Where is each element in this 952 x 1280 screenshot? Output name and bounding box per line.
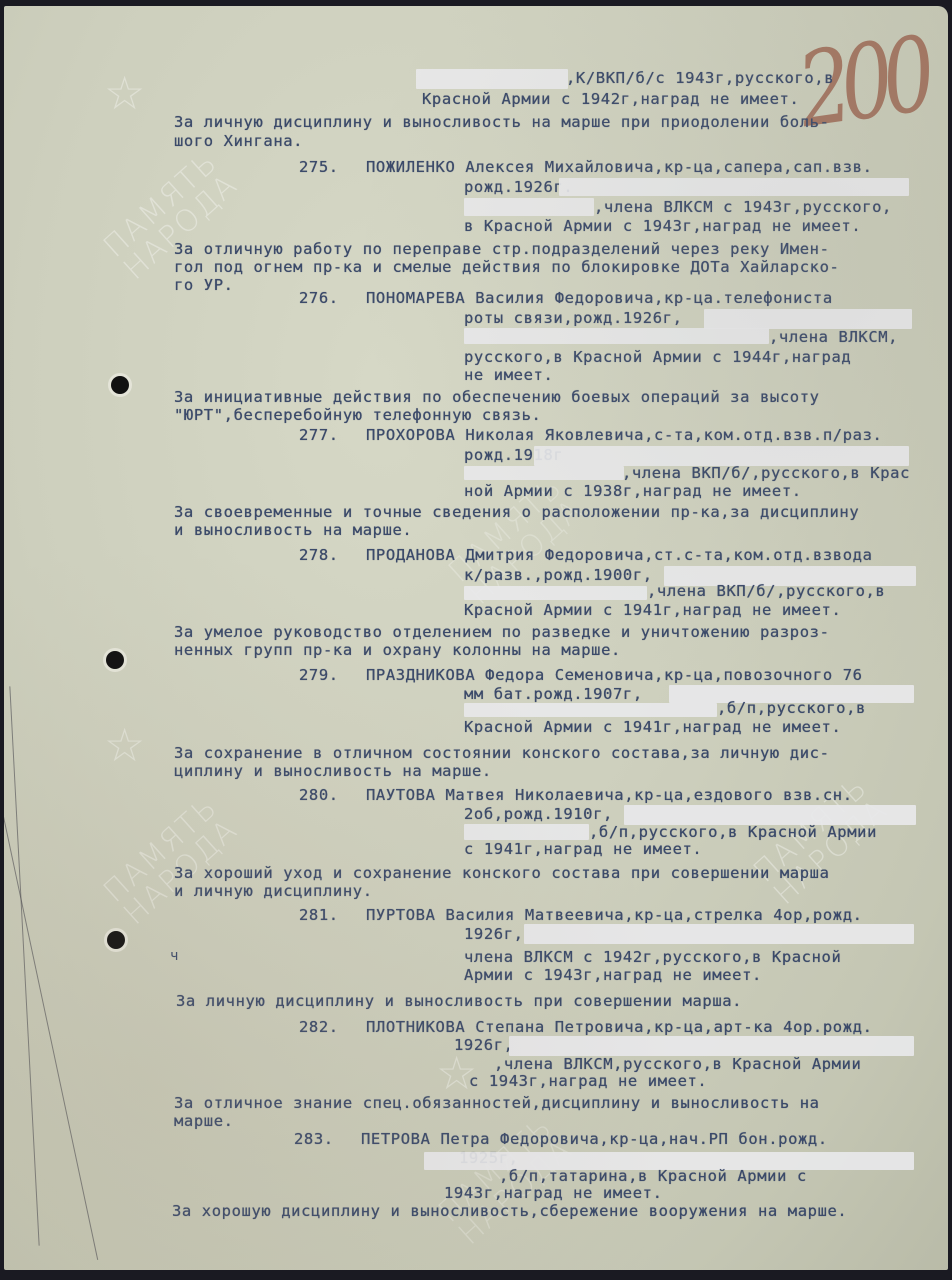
reason-line: За своевременные и точные сведения о рас… bbox=[174, 503, 859, 521]
reason-line: За отличную работу по переправе стр.подр… bbox=[174, 240, 830, 258]
margin-mark: ч bbox=[170, 948, 178, 964]
watermark: ПАМЯТЬ НАРОДА bbox=[99, 792, 244, 931]
redaction-box bbox=[464, 586, 647, 600]
entry-line: русского,в Красной Армии с 1944г,наград bbox=[464, 348, 851, 366]
punch-hole bbox=[111, 376, 129, 394]
entry-line: ПРОДАНОВА Дмитрия Федоровича,ст.с-та,ком… bbox=[366, 546, 873, 564]
entry-number: 275. bbox=[299, 158, 339, 176]
reason-line: и выносливость на марше. bbox=[174, 521, 412, 539]
entry-line: в Красной Армии с 1943г,наград не имеет. bbox=[464, 217, 861, 235]
entry-line: Красной Армии с 1941г,наград не имеет. bbox=[464, 718, 841, 736]
redaction-box bbox=[559, 178, 909, 196]
entry-line: ,б/п,татарина,в Красной Армии с bbox=[499, 1167, 807, 1185]
entry-line: 1926г, bbox=[454, 1036, 514, 1054]
reason-line: За умелое руководство отделением по разв… bbox=[174, 623, 830, 641]
watermark-star-icon: ☆ bbox=[104, 66, 145, 120]
entry-line: ПЕТРОВА Петра Федоровича,кр-ца,нач.РП бо… bbox=[361, 1130, 828, 1148]
punch-hole bbox=[106, 651, 124, 669]
entry-number: 283. bbox=[294, 1130, 334, 1148]
reason-line: марше. bbox=[174, 1112, 234, 1130]
entry-number: 282. bbox=[299, 1018, 339, 1036]
entry-line: мм бат.рожд.1907г, bbox=[464, 685, 643, 703]
entry-line: ,члена ВКП/б/,русского,в bbox=[647, 582, 885, 600]
watermark-star-icon: ☆ bbox=[104, 718, 145, 772]
entry-line: ,члена ВКП/б/,русского,в Крас bbox=[622, 464, 910, 482]
reason-line: "ЮРТ",бесперебойную телефонную связь. bbox=[174, 406, 541, 424]
reason-line: За личную дисциплину и выносливость на м… bbox=[174, 113, 830, 131]
redaction-box bbox=[524, 924, 914, 944]
entry-line: ПОНОМАРЕВА Василия Федоровича,кр-ца.теле… bbox=[366, 289, 833, 307]
reason-line: За инициативные действия по обеспечению … bbox=[174, 388, 820, 406]
entry-line: ной Армии с 1938г,наград не имеет. bbox=[464, 482, 802, 500]
reason-line: гол под огнем пр-ка и смелые действия по… bbox=[174, 258, 839, 276]
entry-number: 281. bbox=[299, 906, 339, 924]
redaction-box bbox=[534, 446, 909, 466]
entry-number: 277. bbox=[299, 426, 339, 444]
entry-line: рожд.1926г. bbox=[464, 178, 573, 196]
entry-number: 280. bbox=[299, 786, 339, 804]
document-page: ☆ ПАМЯТЬ НАРОДА ☆ ПАМЯТЬ НАРОДА ПАМЯТЬ Н… bbox=[4, 6, 948, 1270]
reason-line: За личную дисциплину и выносливость при … bbox=[176, 992, 742, 1010]
reason-line: шого Хингана. bbox=[174, 132, 303, 150]
entry-line: члена ВЛКСМ с 1942г,русского,в Красной bbox=[464, 948, 841, 966]
entry-line: ПРАЗДНИКОВА Федора Семеновича,кр-ца,пово… bbox=[366, 666, 863, 684]
reason-line: За хороший уход и сохранение конского со… bbox=[174, 864, 830, 882]
entry-line: с 1941г,наград не имеет. bbox=[464, 840, 702, 858]
entry-line: 2об,рожд.1910г, bbox=[464, 805, 613, 823]
entry-line: ПУРТОВА Василия Матвеевича,кр-ца,стрелка… bbox=[366, 906, 863, 924]
redaction-box bbox=[464, 824, 589, 840]
entry-line: не имеет. bbox=[464, 366, 553, 384]
redaction-box bbox=[464, 198, 594, 216]
redaction-box bbox=[509, 1036, 914, 1056]
entry-line: ПОЖИЛЕНКО Алексея Михайловича,кр-ца,сапе… bbox=[366, 158, 873, 176]
reason-line: циплину и выносливость на марше. bbox=[174, 762, 492, 780]
entry-line: с 1943г,наград не имеет. bbox=[469, 1072, 707, 1090]
reason-line: ненных групп пр-ка и охрану колонны на м… bbox=[174, 641, 621, 659]
entry-line: Красной Армии с 1941г,наград не имеет. bbox=[464, 601, 841, 619]
entry-line: 1943г,наград не имеет. bbox=[444, 1184, 663, 1202]
redaction-box bbox=[704, 309, 912, 329]
entry-line: ,б/п,русского,в bbox=[717, 699, 866, 717]
redaction-box bbox=[464, 466, 624, 480]
entry-line: ,члена ВЛКСМ с 1943г,русского, bbox=[594, 198, 892, 216]
entry-line: ,члена ВЛКСМ,русского,в Красной Армии bbox=[494, 1055, 861, 1073]
pencil-mark bbox=[4, 712, 98, 1260]
entry-number: 276. bbox=[299, 289, 339, 307]
entry-line: ПАУТОВА Матвея Николаевича,кр-ца,ездовог… bbox=[366, 786, 853, 804]
entry-line: роты связи,рожд.1926г, bbox=[464, 309, 683, 327]
entry-number: 278. bbox=[299, 546, 339, 564]
entry-number: 279. bbox=[299, 666, 339, 684]
entry-line: ,б/п,русского,в Красной Армии bbox=[589, 823, 877, 841]
entry-line: ПРОХОРОВА Николая Яковлевича,с-та,ком.от… bbox=[366, 426, 882, 444]
redaction-box bbox=[464, 703, 717, 717]
entry-line: к/разв.,рожд.1900г, bbox=[464, 566, 653, 584]
entry-line: ,члена ВЛКСМ, bbox=[769, 328, 898, 346]
header-line-1: ,К/ВКП/б/с 1943г,русского,в bbox=[566, 69, 834, 87]
entry-line: 1926г, bbox=[464, 925, 524, 943]
reason-line: го УР. bbox=[174, 276, 234, 294]
entry-line: ПЛОТНИКОВА Степана Петровича,кр-ца,арт-к… bbox=[366, 1018, 873, 1036]
reason-line: За сохранение в отличном состоянии конск… bbox=[174, 744, 830, 762]
reason-line: и личную дисциплину. bbox=[174, 882, 373, 900]
reason-line: За хорошую дисциплину и выносливость,сбе… bbox=[172, 1202, 847, 1220]
punch-hole bbox=[107, 931, 125, 949]
entry-line: Армии с 1943г,наград не имеет. bbox=[464, 966, 762, 984]
redaction-box bbox=[416, 69, 568, 89]
header-line-2: Красной Армии с 1942г,наград не имеет. bbox=[422, 90, 799, 108]
reason-line: За отличное знание спец.обязанностей,дис… bbox=[174, 1094, 820, 1112]
redaction-box bbox=[464, 328, 769, 344]
redaction-box bbox=[624, 805, 916, 825]
